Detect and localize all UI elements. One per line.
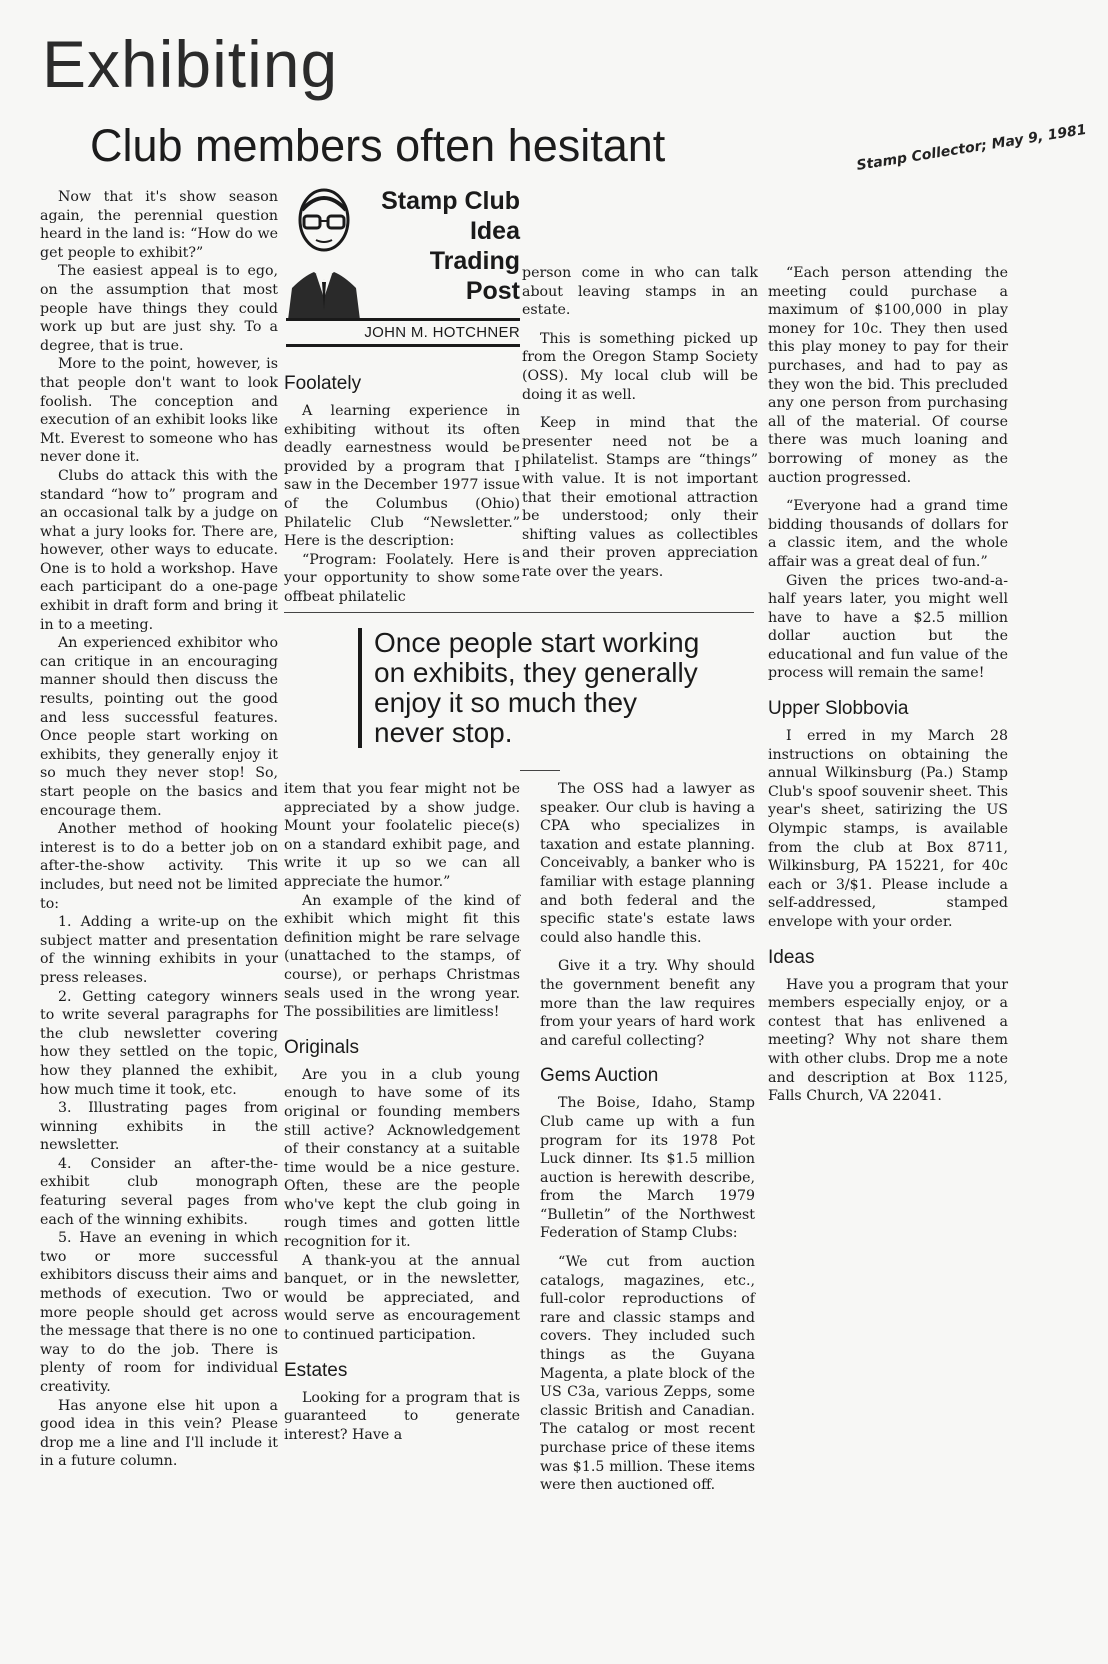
paragraph: Are you in a club young enough to have s…: [284, 1066, 520, 1252]
paragraph: Now that it's show season again, the per…: [40, 188, 278, 262]
paragraph: person come in who can talk about leavin…: [522, 264, 758, 320]
divider: [286, 318, 520, 321]
paragraph: More to the point, however, is that peop…: [40, 355, 278, 467]
column-3-top: person come in who can talk about leavin…: [522, 264, 758, 582]
column-logo: Stamp Club Idea Trading Post JOHN M. HOT…: [284, 180, 520, 350]
paragraph: The easiest appeal is to ego, on the ass…: [40, 262, 278, 355]
paragraph: A thank-you at the annual banquet, or in…: [284, 1252, 520, 1345]
source-annotation: Stamp Collector; May 9, 1981: [855, 122, 1087, 174]
column-title-line: Post: [381, 276, 520, 306]
list-item: 2. Getting category winners to write sev…: [40, 988, 278, 1100]
paragraph: Keep in mind that the presenter need not…: [522, 414, 758, 581]
author-portrait-icon: [284, 180, 364, 320]
paragraph: Clubs do attack this with the standard “…: [40, 467, 278, 634]
column-title-line: Stamp Club: [381, 186, 520, 216]
column-4: “Each person attending the meeting could…: [768, 264, 1008, 1106]
paragraph: Given the prices two-and-a-half years la…: [768, 572, 1008, 684]
divider: [284, 612, 754, 613]
kicker-heading: Exhibiting: [42, 24, 338, 104]
paragraph: Give it a try. Why should the government…: [540, 957, 755, 1050]
section-heading-upper-slobbovia: Upper Slobbovia: [768, 697, 1008, 721]
paragraph: “Program: Foolately. Here is your opport…: [284, 551, 520, 607]
paragraph: “We cut from auction catalogs, magazines…: [540, 1253, 755, 1495]
paragraph: A learning experience in exhibiting with…: [284, 402, 520, 551]
list-item: 1. Adding a write-up on the subject matt…: [40, 913, 278, 987]
section-heading-foolately: Foolately: [284, 372, 520, 396]
paragraph: I erred in my March 28 instructions on o…: [768, 727, 1008, 932]
paragraph: “Each person attending the meeting could…: [768, 264, 1008, 487]
paragraph: Have you a program that your members esp…: [768, 976, 1008, 1106]
list-item: 3. Illustrating pages from winning exhib…: [40, 1099, 278, 1155]
list-item: 4. Consider an after-the-exhibit club mo…: [40, 1155, 278, 1229]
paragraph: Has anyone else hit upon a good idea in …: [40, 1397, 278, 1471]
paragraph: The Boise, Idaho, Stamp Club came up wit…: [540, 1094, 755, 1243]
section-heading-gems-auction: Gems Auction: [540, 1064, 755, 1088]
divider: [286, 344, 520, 347]
column-2-bottom: item that you fear might not be apprecia…: [284, 780, 520, 1444]
paragraph: An example of the kind of exhibit which …: [284, 892, 520, 1022]
paragraph: Looking for a program that is guaranteed…: [284, 1389, 520, 1445]
newspaper-clipping: Exhibiting Club members often hesitant S…: [0, 0, 1108, 1664]
column-title-line: Trading: [381, 246, 520, 276]
paragraph: “Everyone had a grand time bidding thous…: [768, 497, 1008, 571]
section-heading-originals: Originals: [284, 1036, 520, 1060]
paragraph: This is something picked up from the Ore…: [522, 330, 758, 404]
headline: Club members often hesitant: [90, 118, 665, 174]
column-1: Now that it's show season again, the per…: [40, 188, 278, 1471]
paragraph: Another method of hooking interest is to…: [40, 820, 278, 913]
divider: [520, 770, 560, 771]
section-heading-ideas: Ideas: [768, 946, 1008, 970]
column-title: Stamp Club Idea Trading Post: [381, 186, 520, 306]
list-item: 5. Have an evening in which two or more …: [40, 1229, 278, 1396]
pull-quote: Once people start working on exhibits, t…: [358, 628, 714, 748]
paragraph: An experienced exhibitor who can critiqu…: [40, 634, 278, 820]
section-heading-estates: Estates: [284, 1359, 520, 1383]
column-3-bottom: The OSS had a lawyer as speaker. Our clu…: [540, 780, 755, 1495]
author-byline: JOHN M. HOTCHNER: [284, 324, 520, 341]
paragraph: item that you fear might not be apprecia…: [284, 780, 520, 892]
column-2-top: Foolately A learning experience in exhib…: [284, 372, 520, 607]
paragraph: The OSS had a lawyer as speaker. Our clu…: [540, 780, 755, 947]
column-title-line: Idea: [381, 216, 520, 246]
